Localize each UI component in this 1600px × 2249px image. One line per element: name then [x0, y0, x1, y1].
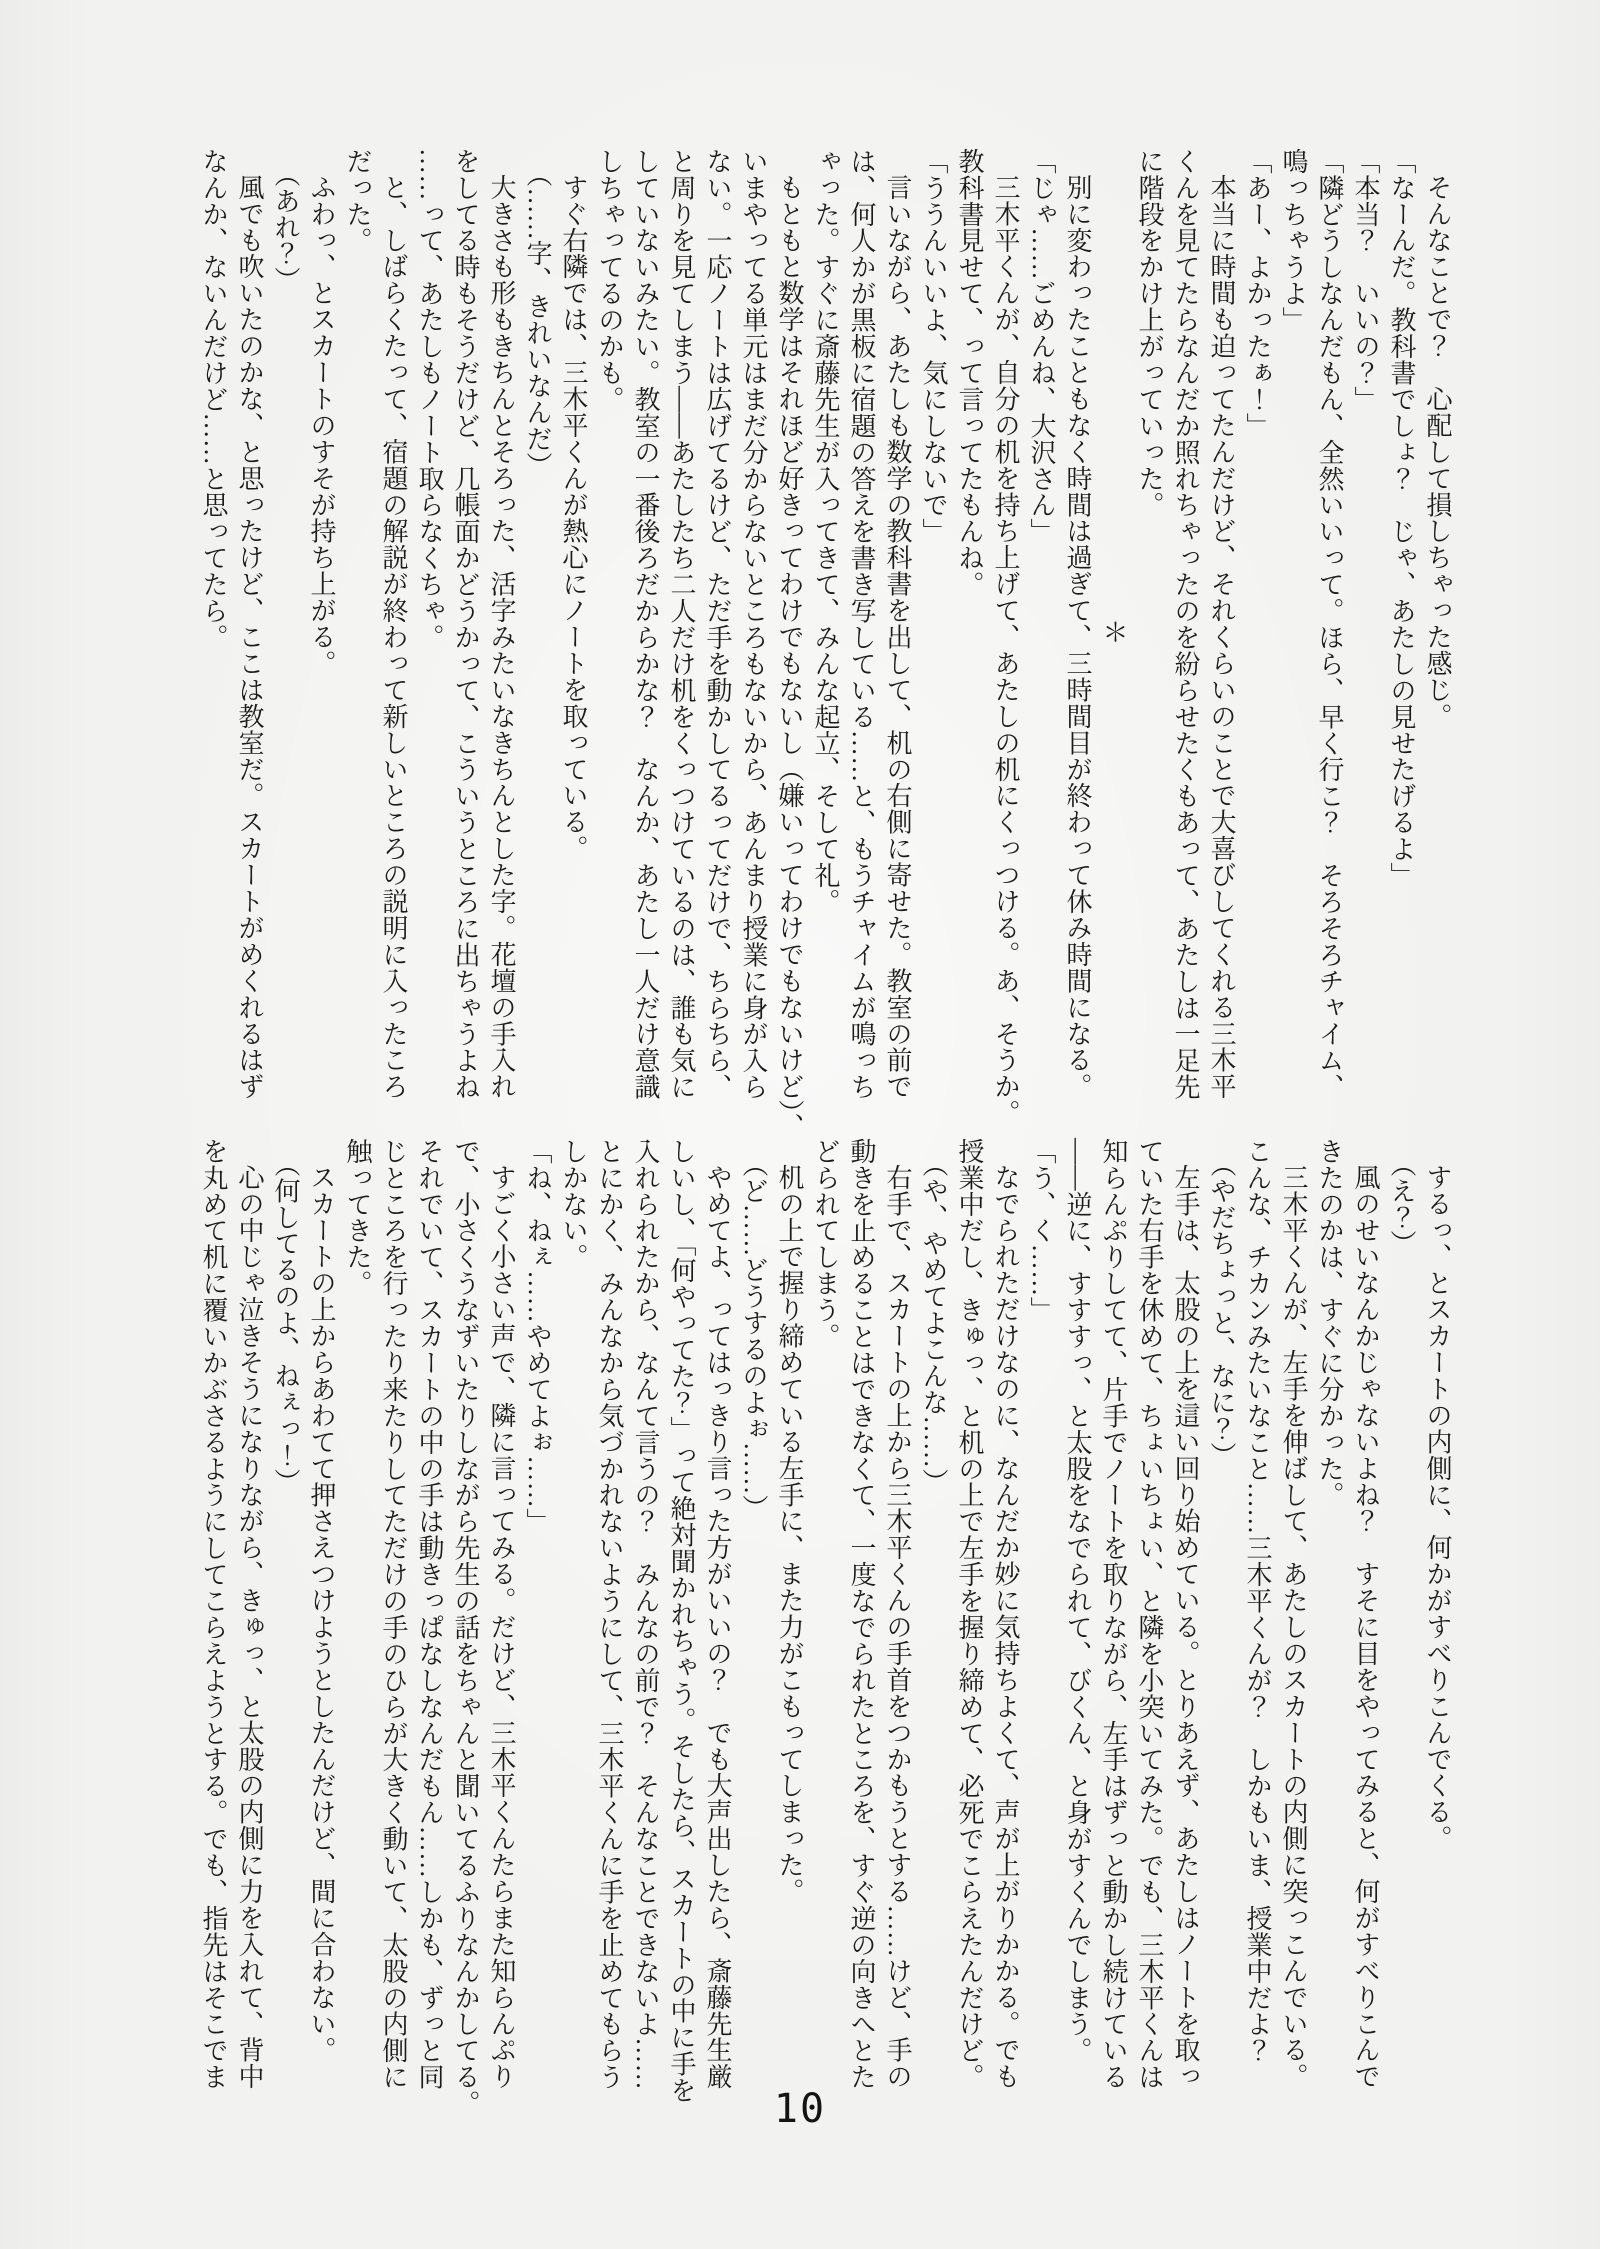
text-column: をしてる時もそうだけど、几帳面かどうかって、こういうところに出ちゃうよね [447, 148, 483, 1116]
text-column: すぐ右隣では、三木平くんが熱心にノートを取っている。 [555, 148, 591, 1116]
text-column: （何してるのよ、ねぇっ！） [267, 1138, 303, 2106]
text-column: いまやってる単元はまだ分からないところもないから、あんまり授業に身が入ら [735, 148, 771, 1116]
text-column: くんを見てたらなんだか照れちゃったのを紛らせたくもあって、あたしは一足先 [1167, 148, 1203, 1116]
text-column: 教科書見せて、って言ってたもんね。 [951, 148, 987, 1116]
text-column: 三木平くんが、左手を伸ばして、あたしのスカートの内側に突っこんでいる。 [1275, 1138, 1311, 2106]
text-column: （や、やめてよこんな……） [915, 1138, 951, 2106]
text-column: 「隣どうしなんだもん、全然いいって。ほら、早く行こ？ そろそろチャイム、 [1311, 148, 1347, 1116]
text-column: ていた右手を休めて、ちょいちょい、と隣を小突いてみた。でも、三木平くんは [1131, 1138, 1167, 2106]
text-column: 鳴っちゃうよ」 [1275, 148, 1311, 1116]
text-column: 本当に時間も迫ってたんだけど、それくらいのことで大喜びしてくれる三木平 [1203, 148, 1239, 1116]
text-column: ……って、あたしもノート取らなくちゃ。 [411, 148, 447, 1116]
text-column: （あれ？） [267, 148, 303, 1116]
text-column: 触ってきた。 [339, 1138, 375, 2106]
text-column: それでいて、スカートの中の手は動きっぱなしなんだもん……しかも、ずっと同 [411, 1138, 447, 2106]
text-column: ――逆に、すすすっ、と太股をなでられて、びくん、と身がすくんでしまう。 [1059, 1138, 1095, 2106]
text-column: 左手は、太股の上を這い回り始めている。とりあえず、あたしはノートを取っ [1167, 1138, 1203, 2106]
text-column: ない。一応ノートは広げてるけど、ただ手を動かしてるってだけで、ちらちら、 [699, 148, 735, 1116]
text-column: （……字、きれいなんだ） [519, 148, 555, 1116]
text-column: するっ、とスカートの内側に、何かがすべりこんでくる。 [1419, 1138, 1455, 2106]
text-column: だった。 [339, 148, 375, 1116]
text-column: と周りを見てしまう――あたしたち二人だけ机をくっつけているのは、誰も気に [663, 148, 699, 1116]
text-column: 右手で、スカートの上から三木平くんの手首をつかもうとする……けど、手の [879, 1138, 915, 2106]
text-column: すごく小さい声で、隣に言ってみる。だけど、三木平くんたらまた知らんぷり [483, 1138, 519, 2106]
text-column: やめてよ、ってはっきり言った方がいいの？ でも大声出したら、斎藤先生厳 [699, 1138, 735, 2106]
text-column: とにかく、みんなから気づかれないようにして、三木平くんに手を止めてもらう [591, 1138, 627, 2106]
text-column: 「なーんだ。教科書でしょ？ じゃ、あたしの見せたげるよ」 [1383, 148, 1419, 1116]
section-separator: ＊ [1095, 148, 1131, 1116]
top-text-block: そんなことで？ 心配して損しちゃった感じ。「なーんだ。教科書でしょ？ じゃ、あた… [187, 148, 1455, 1116]
text-column: 言いながら、あたしも数学の教科書を出して、机の右側に寄せた。教室の前で [879, 148, 915, 1116]
page-number: 10 [0, 2086, 1600, 2132]
text-column: 「あー、よかったぁ！」 [1239, 148, 1275, 1116]
text-column: きたのかは、すぐに分かった。 [1311, 1138, 1347, 2106]
text-column: スカートの上からあわてて押さえつけようとしたんだけど、間に合わない。 [303, 1138, 339, 2106]
text-column: 机の上で握り締めている左手に、また力がこもってしまった。 [771, 1138, 807, 2106]
text-column: 動きを止めることはできなくて、一度なでられたところを、すぐ逆の向きへとた [843, 1138, 879, 2106]
text-column: （え？） [1383, 1138, 1419, 2106]
text-column: どられてしまう。 [807, 1138, 843, 2106]
bottom-text-block: するっ、とスカートの内側に、何かがすべりこんでくる。（え？）風のせいなんかじゃな… [187, 1138, 1455, 2106]
text-column: 「ね、ねぇ……やめてよぉ……」 [519, 1138, 555, 2106]
text-column: こんな、チカンみたいなこと……三木平くんが？ しかもいま、授業中だよ？ [1239, 1138, 1275, 2106]
text-column: を丸めて机に覆いかぶさるようにしてこらえようとする。でも、指先はそこでま [195, 1138, 231, 2106]
text-column: 風のせいなんかじゃないよね？ すそに目をやってみると、何がすべりこんで [1347, 1138, 1383, 2106]
text-column: なでられただけなのに、なんだか妙に気持ちよくて、声が上がりかかる。でも [987, 1138, 1023, 2106]
text-column: していないみたい。教室の一番後ろだからかな？ なんか、あたし一人だけ意識 [627, 148, 663, 1116]
text-column: そんなことで？ 心配して損しちゃった感じ。 [1419, 148, 1455, 1116]
text-column: もともと数学はそれほど好きってわけでもないし（嫌いってわけでもないけど）、 [771, 148, 807, 1116]
text-column: 「う、く……」 [1023, 1138, 1059, 2106]
text-column: ふわっ、とスカートのすそが持ち上がる。 [303, 148, 339, 1116]
text-column: 風でも吹いたのかな、と思ったけど、ここは教室だ。スカートがめくれるはず [231, 148, 267, 1116]
text-column: 三木平くんが、自分の机を持ち上げて、あたしの机にくっつける。あ、そうか。 [987, 148, 1023, 1116]
text-column: に階段をかけ上がっていった。 [1131, 148, 1167, 1116]
text-column: 「本当？ いいの？」 [1347, 148, 1383, 1116]
text-column: 「ううんいいよ、気にしないで」 [915, 148, 951, 1116]
text-column: しちゃってるのかも。 [591, 148, 627, 1116]
text-column: 知らんぷりしてて、片手でノートを取りながら、左手はずっと動かし続けている [1095, 1138, 1131, 2106]
text-column: 心の中じゃ泣きそうになりながら、きゅっ、と太股の内側に力を入れて、背中 [231, 1138, 267, 2106]
text-column: じところを行ったり来たりしてただけの手のひらが大きく動いて、太股の内側に [375, 1138, 411, 2106]
text-column: しいし、「何やってた？」って絶対聞かれちゃう。そしたら、スカートの中に手を [663, 1138, 699, 2106]
text-column: は、何人かが黒板に宿題の答えを書き写している……と、もうチャイムが鳴っち [843, 148, 879, 1116]
text-column: なんか、ないんだけど……と思ってたら。 [195, 148, 231, 1116]
text-column: 授業中だし、きゅっ、と机の上で左手を握り締めて、必死でこらえたんだけど。 [951, 1138, 987, 2106]
text-column: 大きさも形もきちんとそろった、活字みたいなきちんとした字。花壇の手入れ [483, 148, 519, 1116]
text-column: と、しばらくたって、宿題の解説が終わって新しいところの説明に入ったころ [375, 148, 411, 1116]
text-column: 入れられたから、なんて言うの？ みんなの前で？ そんなことできないよ…… [627, 1138, 663, 2106]
text-column: ゃった。すぐに斎藤先生が入ってきて、みんな起立、そして礼。 [807, 148, 843, 1116]
text-column: 別に変わったこともなく時間は過ぎて、三時間目が終わって休み時間になる。 [1059, 148, 1095, 1116]
text-column: （ど……どうするのよぉ……） [735, 1138, 771, 2106]
text-column: で、小さくうなずいたりしながら先生の話をちゃんと聞いてるふりなんかしてる。 [447, 1138, 483, 2106]
text-column: しかない。 [555, 1138, 591, 2106]
text-column: 「じゃ……ごめんね、大沢さん」 [1023, 148, 1059, 1116]
text-column: （やだちょっと、なに？） [1203, 1138, 1239, 2106]
